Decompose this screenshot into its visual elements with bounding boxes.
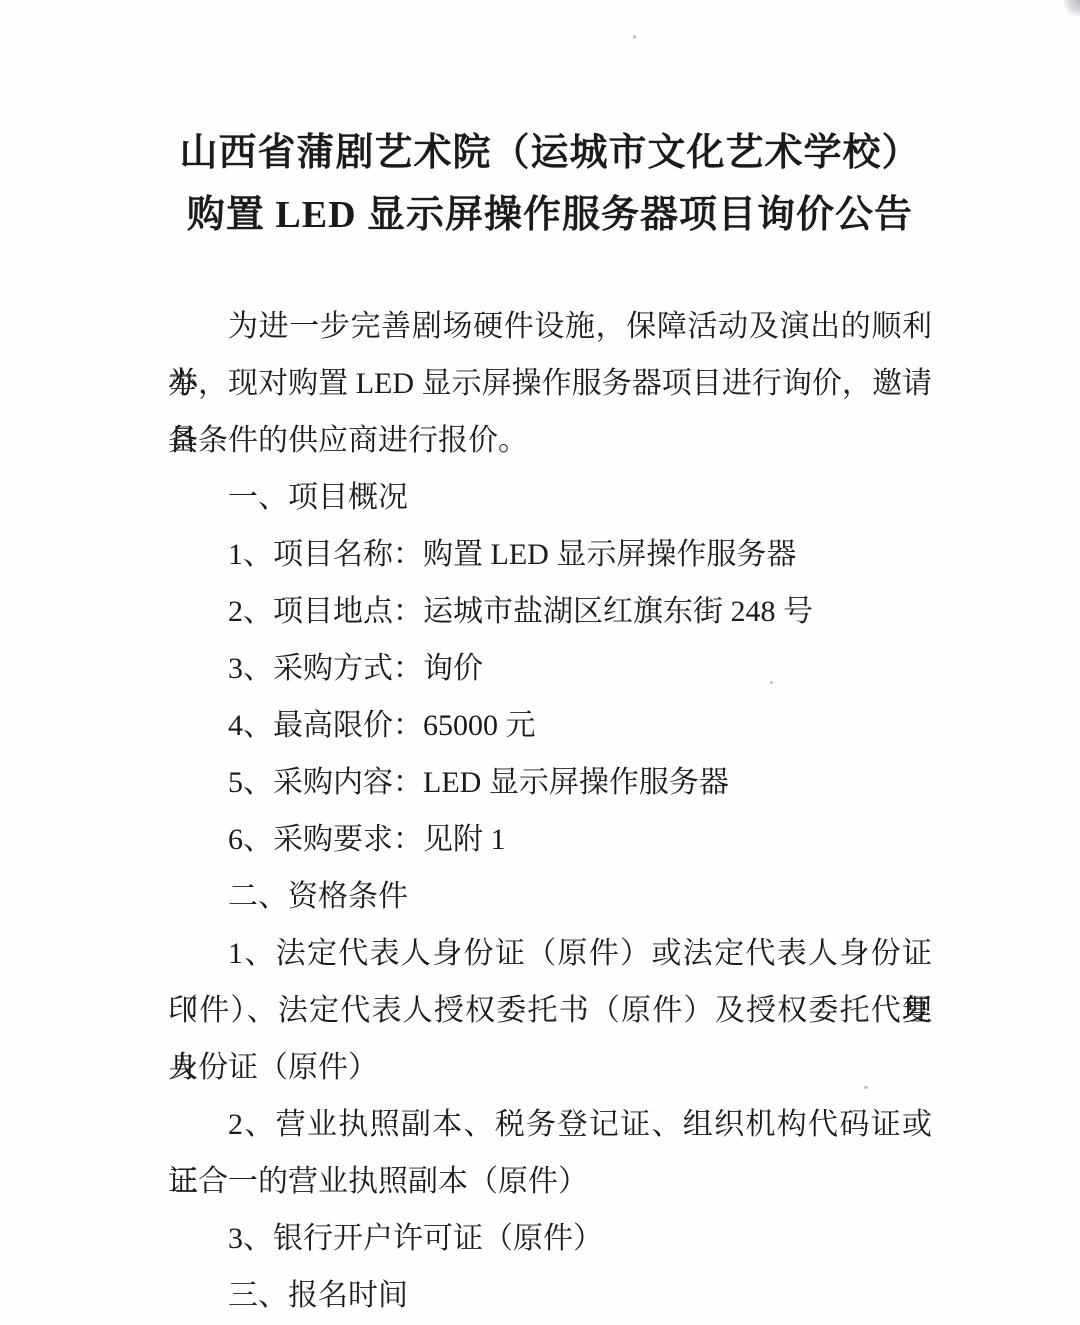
list-item: 5、采购内容：LED 显示屏操作服务器 (168, 754, 932, 811)
title-line: 购置 LED 显示屏操作服务器项目询价公告 (168, 184, 932, 246)
section-heading: 三、报名时间 (168, 1267, 932, 1324)
text-line: 为进一步完善剧场硬件设施，保障活动及演出的顺利举 (168, 298, 932, 355)
text-line: 证合一的营业执照副本（原件） (168, 1153, 932, 1210)
section-heading: 一、项目概况 (168, 469, 932, 526)
list-item: 6、采购要求：见附 1 (168, 811, 932, 868)
list-item: 4、最高限价：65000 元 (168, 697, 932, 754)
section-heading: 二、资格条件 (168, 868, 932, 925)
document-content: 山西省蒲剧艺术院（运城市文化艺术学校） 购置 LED 显示屏操作服务器项目询价公… (168, 0, 932, 1324)
list-item: 1、项目名称：购置 LED 显示屏操作服务器 (168, 526, 932, 583)
text-line: 身份证（原件） (168, 1039, 932, 1096)
document-page: 山西省蒲剧艺术院（运城市文化艺术学校） 购置 LED 显示屏操作服务器项目询价公… (0, 0, 1080, 1325)
document-title: 山西省蒲剧艺术院（运城市文化艺术学校） 购置 LED 显示屏操作服务器项目询价公… (168, 122, 932, 246)
scan-corner-smudge (1062, 0, 1080, 16)
title-line: 山西省蒲剧艺术院（运城市文化艺术学校） (168, 122, 932, 184)
document-body: 为进一步完善剧场硬件设施，保障活动及演出的顺利举 办，现对购置 LED 显示屏操… (168, 298, 932, 1324)
list-item: 1、法定代表人身份证（原件）或法定代表人身份证（复 (168, 925, 932, 982)
list-item: 2、营业执照副本、税务登记证、组织机构代码证或三 (168, 1096, 932, 1153)
text-line: 印件）、法定代表人授权委托书（原件）及授权委托代理人 (168, 982, 932, 1039)
list-item: 2、项目地点：运城市盐湖区红旗东街 248 号 (168, 583, 932, 640)
text-line: 备条件的供应商进行报价。 (168, 412, 932, 469)
list-item: 3、采购方式：询价 (168, 640, 932, 697)
list-item: 3、银行开户许可证（原件） (168, 1210, 932, 1267)
text-line: 办，现对购置 LED 显示屏操作服务器项目进行询价，邀请具 (168, 355, 932, 412)
